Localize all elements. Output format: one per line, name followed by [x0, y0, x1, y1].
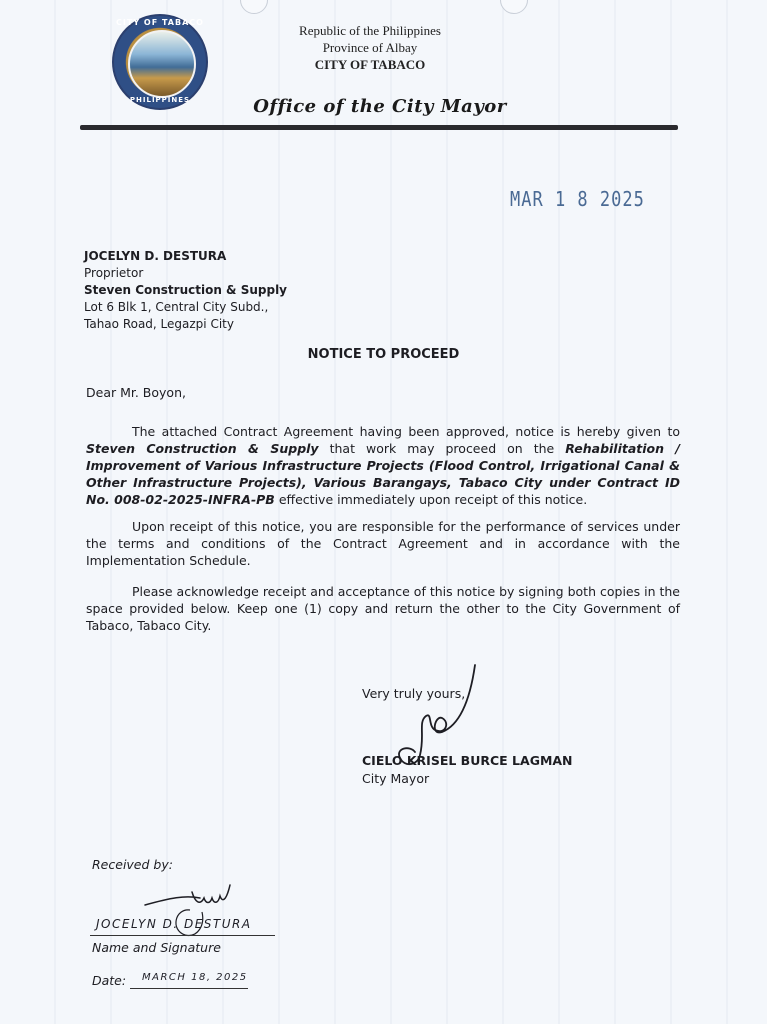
letterhead: Republic of the Philippines Province of …: [260, 22, 480, 73]
signer-title: City Mayor: [362, 771, 429, 786]
office-title: Office of the City Mayor: [200, 96, 560, 117]
addressee-address-2: Tahao Road, Legazpi City: [84, 316, 287, 333]
republic-line: Republic of the Philippines: [260, 22, 480, 39]
province-line: Province of Albay: [260, 39, 480, 56]
addressee-company: Steven Construction & Supply: [84, 282, 287, 299]
header-rule: [80, 125, 678, 130]
document-title: NOTICE TO PROCEED: [0, 347, 767, 362]
punch-hole: [240, 0, 268, 14]
salutation: Dear Mr. Boyon,: [86, 385, 186, 400]
handwritten-recipient-name: JOCELYN D. DESTURA: [96, 917, 252, 931]
seal-bottom-text: PHILIPPINES: [114, 96, 206, 104]
seal-emblem: [128, 30, 196, 98]
received-date-stamp: MAR 1 8 2025: [510, 188, 645, 212]
addressee-block: JOCELYN D. DESTURA Proprietor Steven Con…: [84, 248, 287, 333]
addressee-name: JOCELYN D. DESTURA: [84, 248, 287, 265]
signer-name: CIELO KRISEL BURCE LAGMAN: [362, 753, 573, 768]
addressee-address-1: Lot 6 Blk 1, Central City Subd.,: [84, 299, 287, 316]
handwritten-date: MARCH 18, 2025: [142, 972, 248, 983]
valediction: Very truly yours,: [362, 686, 465, 701]
paragraph-1: The attached Contract Agreement having b…: [86, 423, 680, 508]
city-seal-icon: CITY OF TABACO PHILIPPINES: [112, 14, 208, 110]
seal-top-text: CITY OF TABACO: [114, 18, 206, 27]
signature-line: [90, 935, 275, 936]
addressee-position: Proprietor: [84, 265, 287, 282]
paragraph-3: Please acknowledge receipt and acceptanc…: [86, 583, 680, 634]
name-signature-label: Name and Signature: [92, 940, 221, 955]
company-emphasis: Steven Construction & Supply: [86, 441, 319, 456]
date-line: [130, 988, 248, 989]
city-line: CITY OF TABACO: [260, 56, 480, 73]
date-label: Date:: [92, 973, 126, 988]
recipient-signature-icon: [140, 880, 240, 940]
received-by-label: Received by:: [92, 857, 173, 872]
paragraph-2: Upon receipt of this notice, you are res…: [86, 518, 680, 569]
punch-hole: [500, 0, 528, 14]
